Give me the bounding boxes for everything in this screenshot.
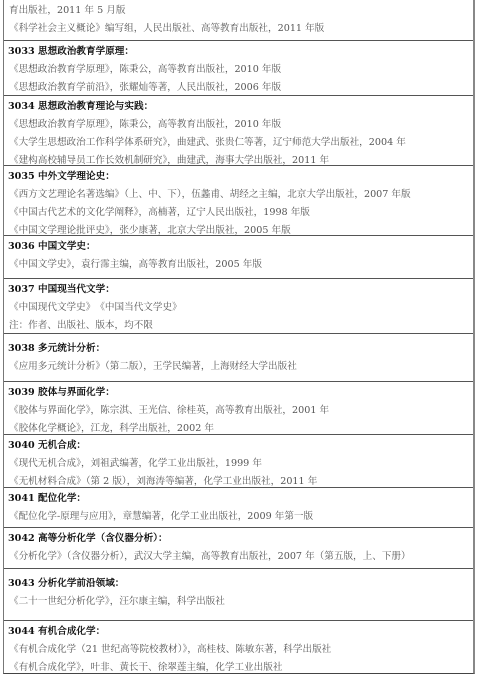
- book-entry: 《应用多元统计分析》（第二版），王学民编著，上海财经大学出版社: [8, 358, 469, 376]
- course-title: 3043 分析化学前沿领域：: [8, 575, 469, 593]
- book-entry: 《中国现代文学史》 《中国当代文学史》: [8, 299, 469, 317]
- course-title: 3038 多元统计分析：: [8, 340, 469, 358]
- book-entry: 《胶体与界面化学》，陈宗淇、王光信、徐桂英，高等教育出版社，2001 年: [8, 402, 469, 420]
- table-row-3040: 3040 无机合成： 《现代无机合成》，刘祖武编著，化学工业出版社，1999 年…: [4, 434, 473, 487]
- course-title: 3039 胶体与界面化学：: [8, 384, 469, 402]
- course-title: 3034 思想政治教育理论与实践：: [8, 98, 469, 116]
- table-row-3041: 3041 配位化学： 《配位化学-原理与应用》，章慧编著，化学工业出版社，200…: [4, 487, 473, 527]
- table-row-3035: 3035 中外文学理论史： 《西方文艺理论名著选编》（上、中、下），伍蠡甫、胡经…: [4, 165, 473, 235]
- table-row-3043: 3043 分析化学前沿领域： 《二十一世纪分析化学》，汪尔康主编，科学出版社: [4, 568, 473, 620]
- table-row-3037: 3037 中国现当代文学： 《中国现代文学史》 《中国当代文学史》 注：作者、出…: [4, 278, 473, 333]
- book-entry: 《现代无机合成》，刘祖武编著，化学工业出版社，1999 年: [8, 455, 469, 473]
- course-title: 3040 无机合成：: [8, 437, 469, 455]
- book-entry: 《有机合成化学（21 世纪高等院校教材）》，高桂枝、陈敏东著，科学出版社: [8, 641, 469, 659]
- book-entry: 《思想政治教育学原理》，陈秉公，高等教育出版社，2010 年版: [8, 61, 469, 79]
- book-entry: 《中国古代艺术的文化学阐释》，高楠著，辽宁人民出版社，1998 年版: [8, 204, 469, 222]
- course-title: 3041 配位化学：: [8, 490, 469, 508]
- course-title: 3044 有机合成化学：: [8, 623, 469, 641]
- table-row-3038: 3038 多元统计分析： 《应用多元统计分析》（第二版），王学民编著，上海财经大…: [4, 333, 473, 381]
- book-entry: 《大学生思想政治工作科学体系研究》，曲建武、张贵仁等著，辽宁师范大学出版社，20…: [8, 134, 469, 152]
- table-row-continuation: 育出版社，2011 年 5 月版 《科学社会主义概论》编写组，人民出版社、高等教…: [4, 0, 473, 40]
- course-title: 3033 思想政治教育学原理：: [8, 43, 469, 61]
- book-entry: 《配位化学-原理与应用》，章慧编著，化学工业出版社，2009 年第一版: [8, 508, 469, 526]
- table-row-3033: 3033 思想政治教育学原理： 《思想政治教育学原理》，陈秉公，高等教育出版社，…: [4, 40, 473, 95]
- book-entry: 《二十一世纪分析化学》，汪尔康主编，科学出版社: [8, 593, 469, 611]
- table-row-3039: 3039 胶体与界面化学： 《胶体与界面化学》，陈宗淇、王光信、徐桂英，高等教育…: [4, 381, 473, 434]
- book-entry: 《有机合成化学》，叶非、黄长干、徐翠莲主编，化学工业出版社: [8, 659, 469, 674]
- course-title: 3036 中国文学史：: [8, 238, 469, 256]
- reading-list-table: 育出版社，2011 年 5 月版 《科学社会主义概论》编写组，人民出版社、高等教…: [3, 0, 475, 674]
- course-title: 3035 中外文学理论史：: [8, 168, 469, 186]
- book-entry: 育出版社，2011 年 5 月版: [8, 2, 469, 20]
- table-row-3044: 3044 有机合成化学： 《有机合成化学（21 世纪高等院校教材）》，高桂枝、陈…: [4, 620, 473, 673]
- book-entry: 《思想政治教育学原理》，陈秉公，高等教育出版社，2010 年版: [8, 116, 469, 134]
- course-title: 3042 高等分析化学（含仪器分析）：: [8, 530, 469, 548]
- book-entry: 《科学社会主义概论》编写组，人民出版社、高等教育出版社，2011 年版: [8, 20, 469, 38]
- course-title: 3037 中国现当代文学：: [8, 281, 469, 299]
- table-row-3042: 3042 高等分析化学（含仪器分析）： 《分析化学》（含仪器分析），武汉大学主编…: [4, 527, 473, 568]
- book-entry: 《中国文学史》，袁行霈主编，高等教育出版社，2005 年版: [8, 256, 469, 274]
- book-entry: 《西方文艺理论名著选编》（上、中、下），伍蠡甫、胡经之主编，北京大学出版社，20…: [8, 186, 469, 204]
- table-row-3036: 3036 中国文学史： 《中国文学史》，袁行霈主编，高等教育出版社，2005 年…: [4, 235, 473, 278]
- table-row-3034: 3034 思想政治教育理论与实践： 《思想政治教育学原理》，陈秉公，高等教育出版…: [4, 95, 473, 165]
- book-entry: 《分析化学》（含仪器分析），武汉大学主编，高等教育出版社，2007 年（第五版，…: [8, 548, 469, 566]
